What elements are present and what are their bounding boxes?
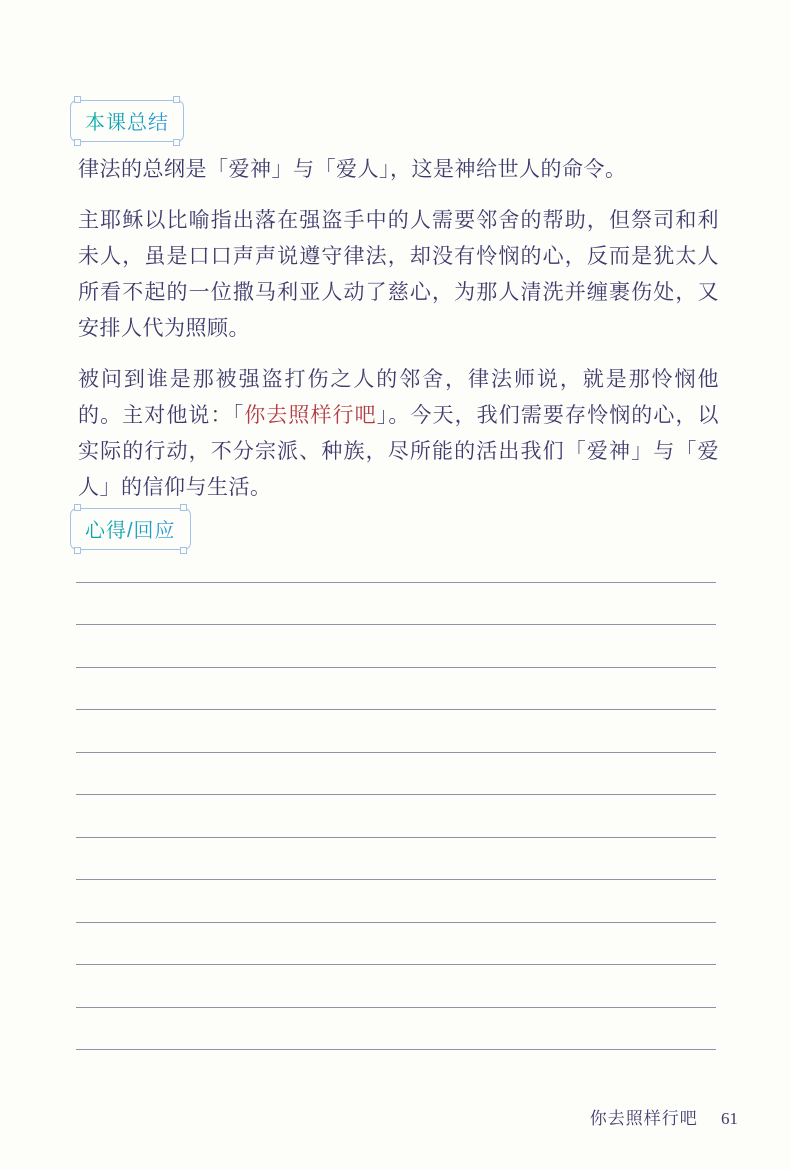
- paragraph: 主耶稣以比喻指出落在强盗手中的人需要邻舍的帮助，但祭司和利未人，虽是口口声声说遵…: [78, 203, 719, 347]
- ruled-line: [76, 540, 716, 583]
- ruled-line: [76, 923, 716, 966]
- highlighted-quote: 你去照样行吧: [244, 404, 377, 427]
- writing-lines: [76, 540, 716, 1050]
- summary-paragraphs: 律法的总纲是「爱神」与「爱人」，这是神给世人的命令。主耶稣以比喻指出落在强盗手中…: [78, 152, 719, 521]
- ruled-line: [76, 1008, 716, 1051]
- badge-corner-ornament: [74, 139, 81, 146]
- badge-corner-ornament: [180, 504, 187, 511]
- summary-badge-label: 本课总结: [85, 112, 169, 134]
- badge-corner-ornament: [173, 96, 180, 103]
- paragraph-text: 主耶稣以比喻指出落在强盗手中的人需要邻舍的帮助，但祭司和利未人，虽是口口声声说遵…: [78, 209, 719, 340]
- workbook-page: 本课总结 律法的总纲是「爱神」与「爱人」，这是神给世人的命令。主耶稣以比喻指出落…: [0, 0, 790, 1170]
- page-footer: 你去照样行吧 61: [590, 1104, 738, 1129]
- footer-chapter-title: 你去照样行吧: [590, 1109, 698, 1128]
- badge-corner-ornament: [173, 139, 180, 146]
- ruled-line: [76, 880, 716, 923]
- badge-corner-ornament: [74, 96, 81, 103]
- summary-section-badge: 本课总结: [70, 100, 184, 142]
- ruled-line: [76, 710, 716, 753]
- ruled-line: [76, 668, 716, 711]
- ruled-line: [76, 753, 716, 796]
- ruled-line: [76, 583, 716, 626]
- paragraph-text: 律法的总纲是「爱神」与「爱人」，这是神给世人的命令。: [78, 158, 627, 181]
- paragraph: 律法的总纲是「爱神」与「爱人」，这是神给世人的命令。: [78, 152, 719, 188]
- response-badge-label: 心得/回应: [85, 520, 176, 542]
- ruled-line: [76, 795, 716, 838]
- paragraph: 被问到谁是那被强盗打伤之人的邻舍，律法师说，就是那怜悯他的。主对他说：「你去照样…: [78, 362, 719, 506]
- footer-page-number: 61: [721, 1109, 738, 1128]
- badge-corner-ornament: [74, 504, 81, 511]
- ruled-line: [76, 625, 716, 668]
- ruled-line: [76, 838, 716, 881]
- ruled-line: [76, 965, 716, 1008]
